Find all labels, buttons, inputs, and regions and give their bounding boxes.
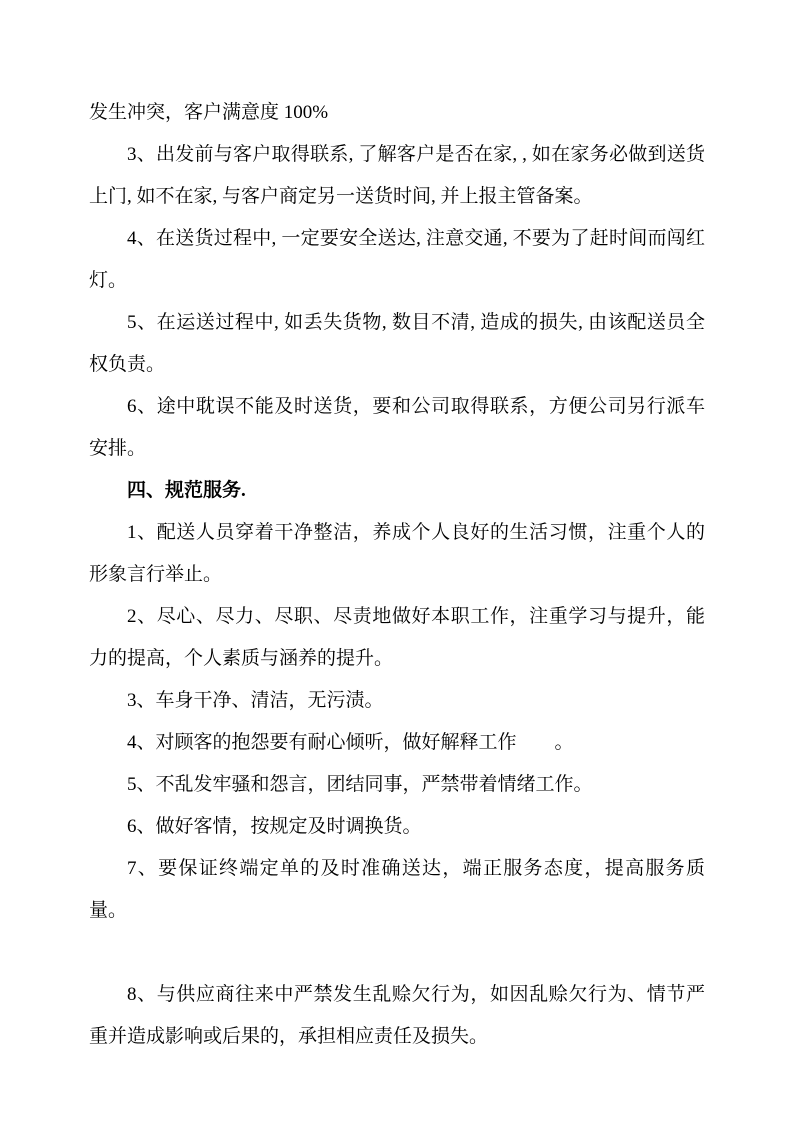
paragraph-continuation: 发生冲突，客户满意度 100% xyxy=(89,92,705,134)
paragraph-rule-6: 6、做好客情，按规定及时调换货。 xyxy=(89,806,705,848)
paragraph-rule-4: 4、对顾客的抱怨要有耐心倾听，做好解释工作 。 xyxy=(89,722,705,764)
empty-paragraph xyxy=(89,932,705,974)
paragraph-item-3: 3、出发前与客户取得联系, 了解客户是否在家, , 如在家务必做到送货上门, 如… xyxy=(89,134,705,218)
paragraph-rule-3: 3、车身干净、清洁，无污渍。 xyxy=(89,680,705,722)
section-heading-4: 四、规范服务. xyxy=(89,470,705,512)
paragraph-rule-5: 5、不乱发牢骚和怨言，团结同事，严禁带着情绪工作。 xyxy=(89,764,705,806)
paragraph-item-6: 6、途中耽误不能及时送货，要和公司取得联系，方便公司另行派车安排。 xyxy=(89,386,705,470)
paragraph-rule-1: 1、配送人员穿着干净整洁，养成个人良好的生活习惯，注重个人的形象言行举止。 xyxy=(89,512,705,596)
paragraph-item-5: 5、在运送过程中, 如丢失货物, 数目不清, 造成的损失, 由该配送员全权负责。 xyxy=(89,302,705,386)
paragraph-rule-7: 7、要保证终端定单的及时准确送达，端正服务态度，提高服务质量。 xyxy=(89,848,705,932)
paragraph-rule-2: 2、尽心、尽力、尽职、尽责地做好本职工作，注重学习与提升，能力的提高，个人素质与… xyxy=(89,596,705,680)
document-page: 发生冲突，客户满意度 100% 3、出发前与客户取得联系, 了解客户是否在家, … xyxy=(0,0,793,1122)
paragraph-rule-8: 8、与供应商往来中严禁发生乱赊欠行为，如因乱赊欠行为、情节严重并造成影响或后果的… xyxy=(89,974,705,1058)
paragraph-item-4: 4、在送货过程中, 一定要安全送达, 注意交通, 不要为了赶时间而闯红灯。 xyxy=(89,218,705,302)
